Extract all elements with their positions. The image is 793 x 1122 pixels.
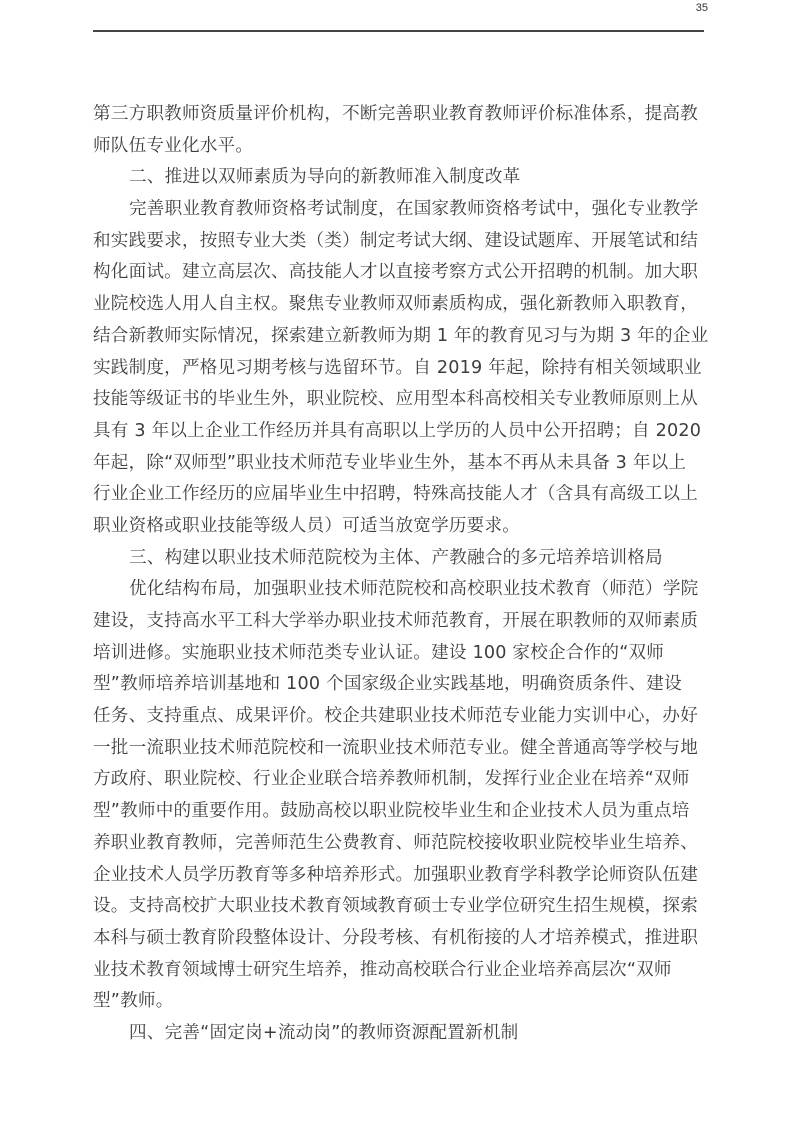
text-line: 第三方职教师资质量评价机构，不断完善职业教育教师评价标准体系，提高教 <box>93 99 713 131</box>
document-body: 第三方职教师资质量评价机构，不断完善职业教育教师评价标准体系，提高教 师队伍专业… <box>93 99 713 1050</box>
text-line: 养职业教育教师，完善师范生公费教育、师范院校接收职业院校毕业生培养、 <box>93 828 713 860</box>
text-line: 型”教师。 <box>93 986 713 1018</box>
text-line: 具有 3 年以上企业工作经历并具有高职以上学历的人员中公开招聘；自 2020 <box>93 416 713 448</box>
text-line: 一批一流职业技术师范院校和一流职业技术师范专业。健全普通高等学校与地 <box>93 733 713 765</box>
text-line: 技能等级证书的毕业生外，职业院校、应用型本科高校相关专业教师原则上从 <box>93 384 713 416</box>
text-line: 业技术教育领域博士研究生培养，推动高校联合行业企业培养高层次“双师 <box>93 955 713 987</box>
text-line: 建设，支持高水平工科大学举办职业技术师范教育，开展在职教师的双师素质 <box>93 606 713 638</box>
text-line: 任务、支持重点、成果评价。校企共建职业技术师范专业能力实训中心，办好 <box>93 701 713 733</box>
text-line: 构化面试。建立高层次、高技能人才以直接考察方式公开招聘的机制。加大职 <box>93 257 713 289</box>
section-heading: 四、完善“固定岗+流动岗”的教师资源配置新机制 <box>93 1018 713 1050</box>
text-line: 企业技术人员学历教育等多种培养形式。加强职业教育学科教学论师资队伍建 <box>93 860 713 892</box>
text-line: 年起，除“双师型”职业技术师范专业毕业生外，基本不再从未具备 3 年以上 <box>93 448 713 480</box>
header-rule <box>93 30 704 32</box>
text-line: 本科与硕士教育阶段整体设计、分段考核、有机衔接的人才培养模式，推进职 <box>93 923 713 955</box>
text-line: 培训进修。实施职业技术师范类专业认证。建设 100 家校企合作的“双师 <box>93 638 713 670</box>
text-line: 和实践要求，按照专业大类（类）制定考试大纲、建设试题库、开展笔试和结 <box>93 226 713 258</box>
text-line: 方政府、职业院校、行业企业联合培养教师机制，发挥行业企业在培养“双师 <box>93 764 713 796</box>
text-line: 完善职业教育教师资格考试制度，在国家教师资格考试中，强化专业教学 <box>93 194 713 226</box>
section-heading: 二、推进以双师素质为导向的新教师准入制度改革 <box>93 162 713 194</box>
text-line: 行业企业工作经历的应届毕业生中招聘，特殊高技能人才（含具有高级工以上 <box>93 479 713 511</box>
text-line: 实践制度，严格见习期考核与选留环节。自 2019 年起，除持有相关领域职业 <box>93 353 713 385</box>
section-heading: 三、构建以职业技术师范院校为主体、产教融合的多元培养培训格局 <box>93 543 713 575</box>
text-line: 型”教师培养培训基地和 100 个国家级企业实践基地，明确资质条件、建设 <box>93 669 713 701</box>
page-number: 35 <box>688 2 708 14</box>
text-line: 结合新教师实际情况，探索建立新教师为期 1 年的教育见习与为期 3 年的企业 <box>93 321 713 353</box>
text-line: 型”教师中的重要作用。鼓励高校以职业院校毕业生和企业技术人员为重点培 <box>93 796 713 828</box>
text-line: 设。支持高校扩大职业技术教育领域教育硕士专业学位研究生招生规模，探索 <box>93 891 713 923</box>
text-line: 职业资格或职业技能等级人员）可适当放宽学历要求。 <box>93 511 713 543</box>
text-line: 业院校选人用人自主权。聚焦专业教师双师素质构成，强化新教师入职教育， <box>93 289 713 321</box>
text-line: 师队伍专业化水平。 <box>93 131 713 163</box>
text-line: 优化结构布局，加强职业技术师范院校和高校职业技术教育（师范）学院 <box>93 574 713 606</box>
